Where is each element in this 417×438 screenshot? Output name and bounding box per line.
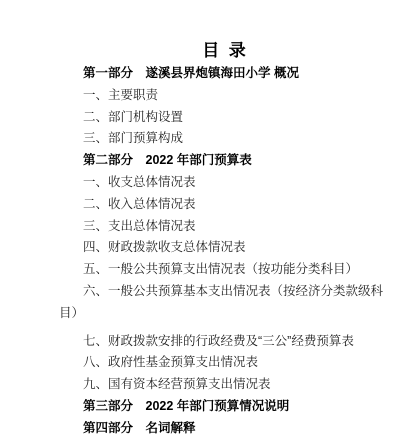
toc-item: 三、支出总体情况表	[59, 216, 389, 238]
toc-item: 一、主要职责	[59, 85, 389, 107]
toc-section-heading: 第三部分 2022 年部门预算情况说明	[59, 396, 389, 418]
table-of-contents: 目 录 第一部分 遂溪县界炮镇海田小学 概况一、主要职责二、部门机构设置三、部门…	[59, 39, 389, 438]
toc-item: 二、收入总体情况表	[59, 194, 389, 216]
toc-item: 一、收支总体情况表	[59, 172, 389, 194]
page-title: 目 录	[59, 39, 389, 63]
toc-item: 九、国有资本经营预算支出情况表	[59, 374, 389, 396]
toc-section-heading: 第二部分 2022 年部门预算表	[59, 150, 389, 172]
toc-section-heading: 第一部分 遂溪县界炮镇海田小学 概况	[59, 63, 389, 85]
toc-section-heading: 第四部分 名词解释	[59, 418, 389, 438]
toc-item: 五、一般公共预算支出情况表（按功能分类科目）	[59, 259, 389, 281]
toc-item: 四、财政拨款收支总体情况表	[59, 237, 389, 259]
toc-item: 六、一般公共预算基本支出情况表（按经济分类款级科目）	[59, 281, 389, 325]
toc-item: 七、财政拨款安排的行政经费及“三公”经费预算表	[59, 331, 389, 353]
toc-item: 二、部门机构设置	[59, 107, 389, 129]
toc-item: 三、部门预算构成	[59, 128, 389, 150]
document-page: 目 录 第一部分 遂溪县界炮镇海田小学 概况一、主要职责二、部门机构设置三、部门…	[0, 0, 417, 438]
toc-item: 八、政府性基金预算支出情况表	[59, 352, 389, 374]
toc-entries: 第一部分 遂溪县界炮镇海田小学 概况一、主要职责二、部门机构设置三、部门预算构成…	[59, 63, 389, 438]
